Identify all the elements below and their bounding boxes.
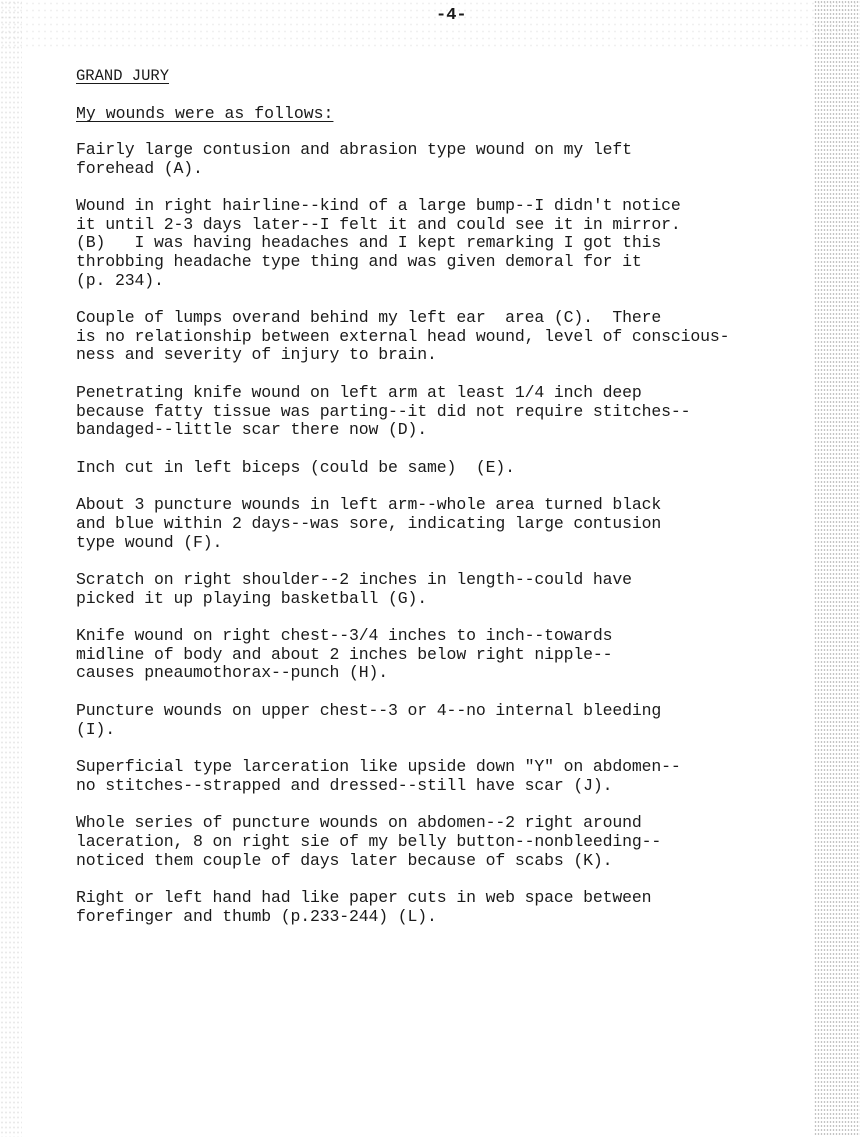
wound-paragraph-e: Inch cut in left biceps (could be same) …	[76, 459, 846, 478]
wound-paragraph-l: Right or left hand had like paper cuts i…	[76, 889, 846, 926]
wound-paragraph-g: Scratch on right shoulder--2 inches in l…	[76, 571, 846, 608]
scan-noise-top	[0, 0, 860, 48]
intro-line: My wounds were as follows:	[76, 104, 846, 123]
wound-paragraph-d: Penetrating knife wound on left arm at l…	[76, 384, 846, 440]
wound-paragraph-f: About 3 puncture wounds in left arm--who…	[76, 496, 846, 552]
wound-paragraph-j: Superficial type larceration like upside…	[76, 758, 846, 795]
wound-paragraph-i: Puncture wounds on upper chest--3 or 4--…	[76, 702, 846, 739]
scan-noise-left	[0, 0, 22, 1137]
page-number: -4-	[436, 6, 467, 25]
wound-paragraph-b: Wound in right hairline--kind of a large…	[76, 197, 846, 290]
wound-paragraph-c: Couple of lumps overand behind my left e…	[76, 309, 846, 365]
document-body: GRAND JURY My wounds were as follows: Fa…	[76, 67, 846, 945]
wound-paragraph-k: Whole series of puncture wounds on abdom…	[76, 814, 846, 870]
wound-paragraph-h: Knife wound on right chest--3/4 inches t…	[76, 627, 846, 683]
section-heading: GRAND JURY	[76, 67, 846, 86]
wound-paragraph-a: Fairly large contusion and abrasion type…	[76, 141, 846, 178]
